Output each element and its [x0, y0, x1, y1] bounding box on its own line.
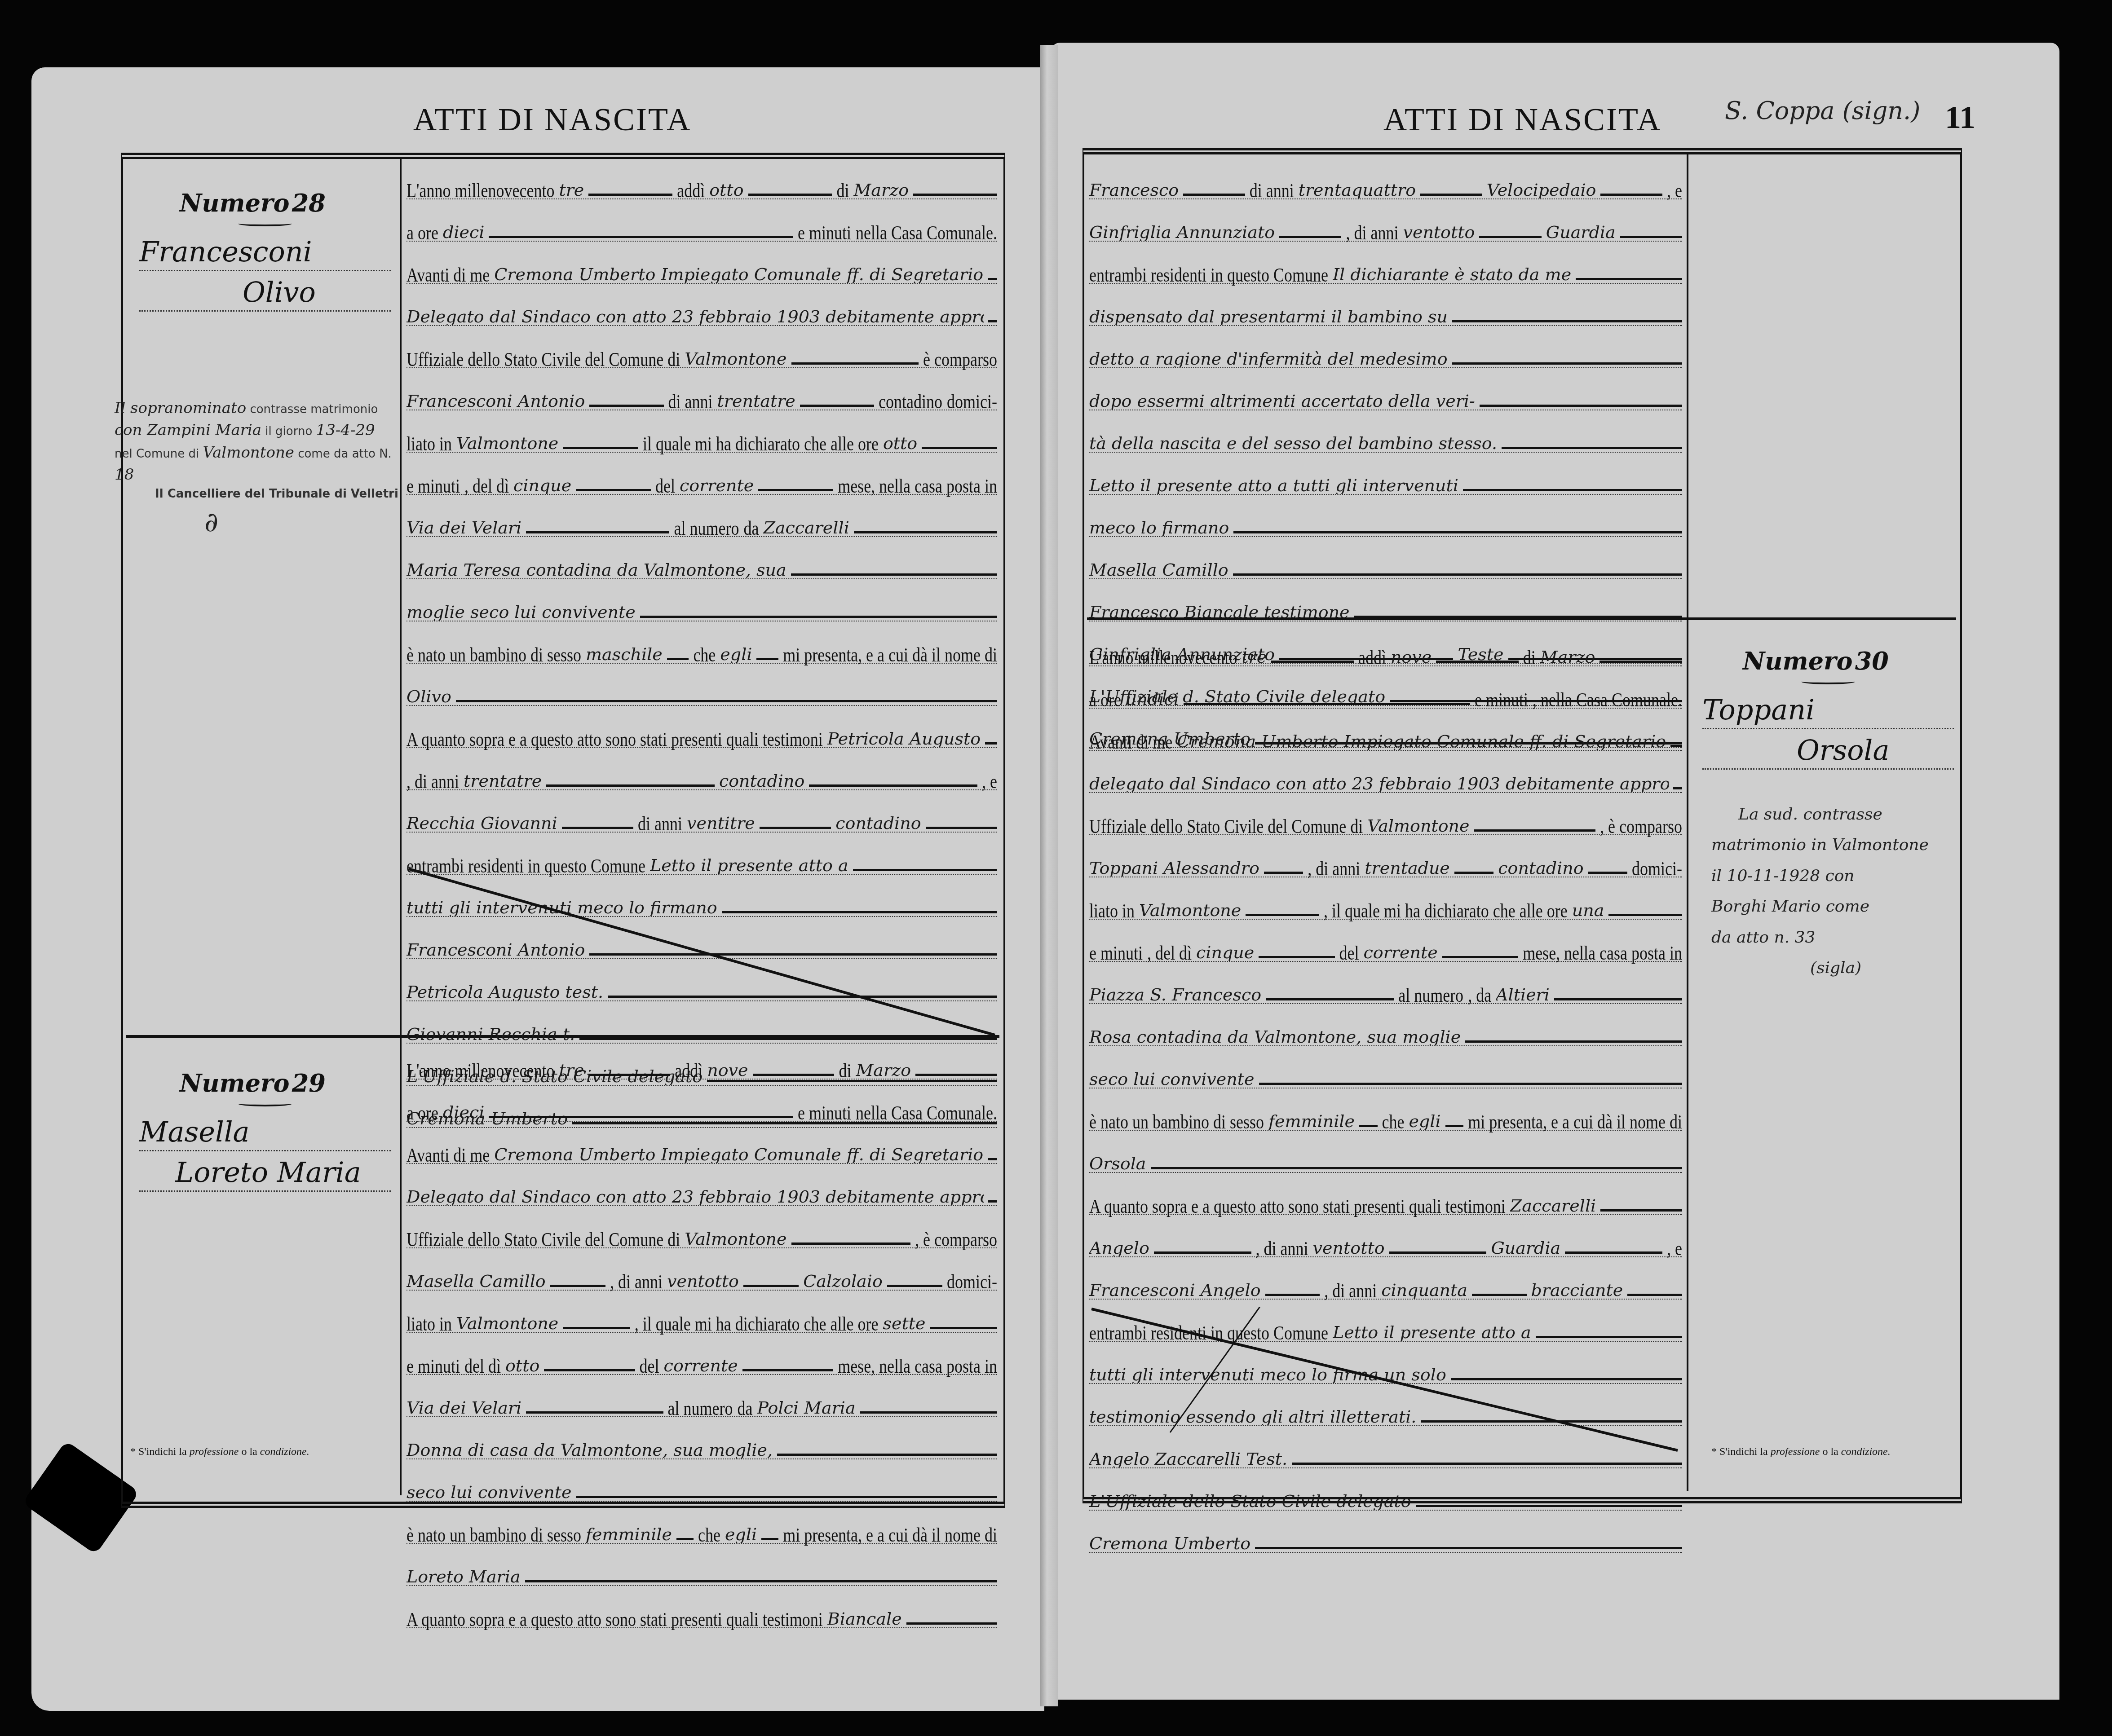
- filler-line: [791, 573, 997, 576]
- handwritten-entry: Valmontone: [1139, 902, 1241, 919]
- footnote-text: professione: [190, 1446, 239, 1458]
- stamp-text: come da atto N.: [298, 447, 392, 461]
- printed-form-text: , e: [982, 771, 997, 792]
- filler-line: [1452, 362, 1682, 365]
- record-line: entrambi residenti in questo ComuneIl di…: [1089, 242, 1682, 284]
- filler-line: [1436, 661, 1519, 663]
- filler-line: [1233, 573, 1682, 576]
- handwritten-entry: contadino: [835, 815, 921, 832]
- handwritten-entry: corrente: [1364, 944, 1438, 961]
- record-line: Rosa contadina da Valmontone, sua moglie: [1089, 1004, 1682, 1046]
- printed-form-text: e minuti: [406, 476, 460, 496]
- filler-line: [988, 278, 997, 280]
- filler-line: [1416, 1505, 1682, 1507]
- right-page-title: ATTI DI NASCITA: [1383, 101, 1661, 138]
- filler-line: [1673, 787, 1682, 789]
- printed-form-text: mese, nella casa posta in: [838, 1356, 997, 1376]
- record-line: Uffiziale dello Stato Civile del Comune …: [406, 326, 997, 368]
- printed-form-text: Uffiziale dello Stato Civile del Comune …: [1089, 816, 1363, 837]
- filler-line: [1151, 1167, 1682, 1169]
- filler-line: [576, 1496, 997, 1498]
- handwritten-entry: Piazza S. Francesco: [1089, 986, 1261, 1003]
- printed-form-text: che: [693, 645, 716, 665]
- filler-line: [1359, 1125, 1378, 1127]
- record-line: liato inValmontone, il quale mi ha dichi…: [406, 1291, 997, 1333]
- handwritten-entry: Orsola: [1089, 1155, 1146, 1172]
- filler-line: [1420, 194, 1482, 196]
- left-page-title: ATTI DI NASCITA: [413, 101, 691, 138]
- filler-line: [1354, 616, 1682, 618]
- margin-record-30: Numero 30 Toppani Orsola: [1702, 647, 1954, 770]
- handwritten-entry: seco lui convivente: [406, 1484, 572, 1501]
- record-line: è nato un bambino di sessofemminilecheeg…: [406, 1502, 997, 1544]
- filler-line: [777, 1454, 997, 1456]
- handwritten-entry: Donna di casa da Valmontone, sua moglie,: [406, 1441, 773, 1458]
- marriage-place: Valmontone: [203, 444, 294, 462]
- footnote-text: o la: [241, 1446, 257, 1458]
- handwritten-entry: cinquanta: [1381, 1282, 1467, 1299]
- record-line: Donna di casa da Valmontone, sua moglie,: [406, 1417, 997, 1459]
- record-line: Toppani Alessandro, di annitrentaduecont…: [1089, 835, 1682, 877]
- decorative-swash: [238, 221, 292, 226]
- filler-line: [1279, 236, 1341, 238]
- printed-form-text: a ore: [406, 1103, 438, 1123]
- margin-record-29: Numero 29 Masella Loreto Maria: [139, 1069, 391, 1192]
- filler-line: [526, 531, 669, 533]
- record-line: delegato dal Sindaco con atto 23 febbrai…: [1089, 751, 1682, 793]
- filler-line: [760, 827, 831, 829]
- filler-line: [1576, 278, 1682, 280]
- filler-line: [1184, 703, 1470, 705]
- handwritten-entry: Marzo: [856, 1062, 911, 1079]
- printed-form-text: mi presenta, e a cui dà il nome di: [1468, 1112, 1682, 1132]
- book-spine: [1040, 45, 1058, 1706]
- filler-line: [563, 447, 638, 449]
- printed-form-text: domici-: [1632, 859, 1682, 879]
- filler-line: [1183, 194, 1245, 196]
- printed-form-text: e minuti: [798, 1103, 851, 1123]
- printed-form-text: al numero: [668, 1398, 733, 1419]
- printed-form-text: , e: [1667, 181, 1682, 201]
- record-line: seco lui convivente: [406, 1459, 997, 1502]
- printed-form-text: , il quale mi ha dichiarato che alle ore: [635, 1314, 879, 1334]
- filler-line: [1259, 956, 1334, 958]
- handwritten-entry: Masella Camillo: [1089, 561, 1228, 578]
- handwritten-entry: Recchia Giovanni: [406, 815, 557, 832]
- handwritten-entry: Valmontone: [1367, 817, 1469, 834]
- handwritten-entry: maschile: [586, 646, 663, 663]
- handwritten-entry: Valmontone: [685, 1230, 786, 1247]
- marriage-act-number: 18: [115, 466, 134, 484]
- filler-line: [1442, 956, 1518, 958]
- handwritten-entry: detto a ragione d'infermità del medesimo: [1089, 350, 1448, 367]
- handwritten-entry: ventotto: [1403, 224, 1475, 241]
- filler-line: [546, 784, 715, 787]
- annotation-line: il 10-11-1928 con: [1711, 861, 1945, 891]
- record-line: Masella Camillo: [1089, 537, 1682, 579]
- record-line: Delegato dal Sindaco con atto 23 febbrai…: [406, 1164, 997, 1206]
- filler-line: [1271, 661, 1354, 663]
- filler-line: [589, 405, 663, 407]
- filler-line: [758, 489, 833, 491]
- filler-line: [1627, 1294, 1682, 1296]
- printed-form-text: Avanti di me: [1089, 732, 1172, 752]
- handwritten-entry: Zaccarelli: [1510, 1197, 1596, 1214]
- filler-line: [922, 447, 997, 449]
- printed-form-text: L'anno millenovecento: [1089, 648, 1237, 668]
- printed-form-text: il quale mi ha dichiarato che alle ore: [643, 434, 879, 454]
- filler-line: [791, 362, 919, 365]
- handwritten-entry: egli: [1409, 1113, 1441, 1130]
- record-line: , di annitrentatrecontadino, e: [406, 748, 997, 790]
- filler-line: [667, 658, 689, 660]
- printed-form-text: è nato un bambino di sesso: [406, 1525, 581, 1545]
- printed-form-text: nella Casa Comunale.: [856, 1103, 997, 1123]
- handwritten-entry: ventotto: [1313, 1239, 1385, 1256]
- filler-line: [761, 1538, 778, 1540]
- filler-line: [742, 1369, 833, 1371]
- printed-form-text: al numero: [1398, 985, 1463, 1005]
- handwritten-entry: Petricola Augusto: [827, 730, 981, 747]
- filler-line: [489, 236, 793, 238]
- record-line: L'anno millenovecentotreaddìottodiMarzo: [406, 157, 997, 199]
- child-given-name: Loreto Maria: [139, 1156, 391, 1192]
- record-line: Uffiziale dello Stato Civile del Comune …: [406, 1206, 997, 1248]
- printed-form-text: è comparso: [923, 349, 997, 370]
- handwritten-entry: Letto il presente atto a tutti gli inter…: [1089, 477, 1458, 494]
- filler-line: [1452, 320, 1682, 322]
- handwritten-entry: Olivo: [406, 688, 451, 705]
- record-line: Orsola: [1089, 1131, 1682, 1173]
- child-surname: Masella: [139, 1115, 391, 1151]
- record-line: è nato un bambino di sessofemminilecheeg…: [1089, 1088, 1682, 1131]
- child-surname: Toppani: [1702, 693, 1954, 729]
- printed-form-text: a ore: [406, 223, 438, 243]
- printed-form-text: da: [743, 518, 759, 538]
- handwritten-entry: tre: [559, 1062, 584, 1079]
- marriage-annotation-note: La sud. contrassematrimonio in Valmonton…: [1711, 799, 1945, 983]
- filler-line: [1246, 914, 1319, 916]
- annotation-line: Borghi Mario come: [1711, 891, 1945, 922]
- printed-form-text: liato in: [406, 434, 452, 454]
- printed-form-text: del: [655, 476, 675, 496]
- filler-line: [1255, 1547, 1682, 1549]
- handwritten-entry: dispensato dal presentarmi il bambino su: [1089, 308, 1448, 325]
- record-line: Angelo, di anniventottoGuardia, e: [1089, 1215, 1682, 1257]
- record-line: meco lo firmano: [1089, 495, 1682, 537]
- handwritten-entry: Calzolaio: [803, 1273, 883, 1290]
- footnote-text: condizione.: [260, 1446, 309, 1458]
- record-line: e minuti, del dìcinquedelcorrentemese, n…: [406, 453, 997, 495]
- record-line: Avanti di meCremona Umberto Impiegato Co…: [406, 242, 997, 284]
- filler-line: [1259, 1083, 1682, 1085]
- filler-line: [1479, 236, 1541, 238]
- filler-line: [1502, 447, 1682, 449]
- printed-form-text: mese, nella casa posta in: [838, 476, 997, 496]
- filler-line: [1465, 1040, 1682, 1043]
- printed-form-text: , di anni: [610, 1272, 663, 1292]
- handwritten-entry: femminile: [586, 1526, 672, 1543]
- printed-form-text: , di anni: [1256, 1238, 1308, 1259]
- page-number: 11: [1945, 99, 1975, 136]
- printed-form-text: A quanto sopra e a questo atto sono stat…: [406, 1609, 823, 1630]
- filler-line: [562, 827, 633, 829]
- stamp-text: il giorno: [265, 425, 312, 438]
- footnote-text: professione: [1771, 1446, 1820, 1458]
- filler-line: [1620, 236, 1682, 238]
- handwritten-entry: delegato dal Sindaco con atto 23 febbrai…: [1089, 775, 1669, 792]
- printed-form-text: , da: [1468, 985, 1491, 1005]
- handwritten-entry: otto: [709, 181, 743, 198]
- handwritten-entry: Cremona Umberto: [1089, 1535, 1250, 1552]
- handwritten-entry: Marzo: [1540, 648, 1595, 665]
- handwritten-entry: Angelo: [1089, 1239, 1149, 1256]
- handwritten-entry: Marzo: [853, 181, 909, 198]
- record-line: Cremona Umberto: [1089, 1511, 1682, 1553]
- stamp-handwritten: Il sopranominato: [115, 399, 246, 417]
- filler-line: [809, 784, 977, 787]
- printed-form-text: e minuti: [1089, 943, 1143, 963]
- footnote-text: o la: [1822, 1446, 1838, 1458]
- printed-form-text: addì: [1358, 648, 1386, 668]
- printed-form-text: addì: [675, 1061, 703, 1081]
- filler-line: [588, 194, 672, 196]
- printed-form-text: , di anni: [1346, 223, 1398, 243]
- handwritten-entry: Via dei Velari: [406, 519, 521, 536]
- footnote-text: condizione.: [1841, 1446, 1891, 1458]
- filler-line: [526, 1411, 663, 1414]
- printed-form-text: contadino: [879, 392, 942, 412]
- filler-line: [1600, 1209, 1682, 1212]
- record-line: Loreto Maria: [406, 1544, 997, 1586]
- handwritten-entry: undici: [1126, 691, 1179, 708]
- handwritten-entry: Maria Teresa contadina da Valmontone, su…: [406, 561, 786, 578]
- filler-line: [1472, 1294, 1527, 1296]
- handwritten-entry: meco lo firmano: [1089, 519, 1229, 536]
- handwritten-entry: moglie seco lui convivente: [406, 604, 636, 621]
- handwritten-entry: una: [1572, 902, 1604, 919]
- record-line: Maria Teresa contadina da Valmontone, su…: [406, 537, 997, 579]
- printed-form-text: del: [640, 1356, 659, 1376]
- record-line: Via dei Velarial numerodaZaccarelli: [406, 495, 997, 537]
- printed-form-text: A quanto sopra e a questo atto sono stat…: [1089, 1196, 1506, 1216]
- handwritten-entry: Valmontone: [456, 1315, 558, 1332]
- handwritten-entry: egli: [720, 646, 752, 663]
- printed-form-text: di: [1523, 648, 1536, 668]
- record-number: 29: [292, 1069, 326, 1097]
- record-line: Olivo: [406, 664, 997, 706]
- clerk-initial: ∂: [115, 503, 402, 542]
- record-line: A quanto sopra e a questo atto sono stat…: [406, 1586, 997, 1628]
- filler-line: [988, 1158, 997, 1160]
- printed-form-text: di: [836, 181, 849, 201]
- record-line: liato inValmontone, il quale mi ha dichi…: [1089, 877, 1682, 920]
- printed-form-text: è nato un bambino di sesso: [1089, 1112, 1264, 1132]
- filler-line: [1474, 829, 1596, 832]
- record-line: Francesconi Antoniodi annitrentatreconta…: [406, 368, 997, 410]
- record-line: A quanto sopra e a questo atto sono stat…: [1089, 1173, 1682, 1215]
- printed-form-text: che: [1382, 1112, 1405, 1132]
- filler-line: [544, 1369, 635, 1371]
- printed-form-text: Avanti di me: [406, 265, 490, 285]
- handwritten-entry: corrente: [664, 1357, 738, 1374]
- handwritten-entry: Guardia: [1491, 1239, 1560, 1256]
- printed-form-text: e minuti: [798, 223, 851, 243]
- filler-line: [1233, 531, 1682, 533]
- handwritten-entry: tre: [559, 181, 584, 198]
- record-line: Uffiziale dello Stato Civile del Comune …: [1089, 793, 1682, 835]
- blank-area-crossout: [406, 867, 997, 1037]
- handwritten-entry: Altieri: [1496, 986, 1550, 1003]
- stamp-text: contrasse matrimonio: [250, 403, 378, 416]
- margin-record-28: Numero 28 Francesconi Olivo: [139, 189, 391, 312]
- printed-form-text: , è comparso: [1600, 816, 1682, 837]
- marriage-date: 13-4-29: [316, 421, 375, 439]
- filler-line: [1265, 1294, 1320, 1296]
- handwritten-entry: cinque: [513, 477, 571, 494]
- marriage-annotation-stamp: Il sopranominato contrasse matrimonio co…: [115, 397, 402, 542]
- record-line: Avanti di meCremona Umberto Impiegato Co…: [1089, 709, 1682, 751]
- handwritten-entry: bracciante: [1531, 1282, 1623, 1299]
- printed-form-text: , il quale mi ha dichiarato che alle ore: [1324, 901, 1568, 921]
- handwritten-entry: contadino: [719, 772, 804, 789]
- printed-form-text: al numero: [674, 518, 739, 538]
- filler-line: [756, 658, 778, 660]
- printed-form-text: di: [839, 1061, 851, 1081]
- printed-form-text: Uffiziale dello Stato Civile del Comune …: [406, 1229, 680, 1250]
- record-line: dopo essermi altrimenti accertato della …: [1089, 368, 1682, 410]
- printed-form-text: , è comparso: [915, 1229, 997, 1250]
- printed-form-text: L'anno millenovecento: [406, 1061, 554, 1081]
- annotation-line: da atto n. 33: [1711, 922, 1945, 953]
- printed-form-text: liato in: [406, 1314, 452, 1334]
- filler-line: [854, 531, 997, 533]
- filler-line: [588, 1074, 670, 1076]
- footnote-text: * S'indichi la: [130, 1446, 187, 1458]
- record-line: Letto il presente atto a tutti gli inter…: [1089, 453, 1682, 495]
- printed-form-text: domici-: [947, 392, 997, 412]
- handwritten-entry: Toppani Alessandro: [1089, 859, 1259, 877]
- handwritten-entry: Francesconi Angelo: [1089, 1282, 1261, 1299]
- handwritten-entry: nove: [1391, 648, 1432, 665]
- handwritten-entry: Il dichiarante è stato da me: [1333, 266, 1571, 283]
- filler-line: [1608, 914, 1682, 916]
- handwritten-entry: trentatre: [717, 392, 795, 410]
- handwritten-entry: corrente: [680, 477, 754, 494]
- filler-line: [1292, 1463, 1682, 1465]
- record-line: Francesconi Angelo, di annicinquantabrac…: [1089, 1257, 1682, 1300]
- printed-form-text: entrambi residenti in questo Comune: [1089, 265, 1328, 285]
- filler-line: [1264, 872, 1303, 874]
- handwritten-entry: egli: [725, 1526, 757, 1543]
- record-line: detto a ragione d'infermità del medesimo: [1089, 326, 1682, 368]
- handwritten-entry: Velocipedaio: [1487, 181, 1596, 198]
- handwritten-entry: ventitre: [687, 815, 755, 832]
- record-line: a orediecie minutinella Casa Comunale.: [406, 1079, 997, 1122]
- handwritten-entry: dopo essermi altrimenti accertato della …: [1089, 392, 1475, 410]
- handwritten-entry: Loreto Maria: [406, 1568, 521, 1585]
- printed-form-text: e minuti: [1475, 690, 1528, 710]
- printed-form-text: , di anni: [1324, 1281, 1377, 1301]
- printed-form-text: del: [1339, 943, 1359, 963]
- annotation-line: La sud. contrasse: [1711, 799, 1945, 830]
- record-line: L'anno millenovecentotreaddìnovediMarzo: [1089, 624, 1682, 666]
- handwritten-entry: Guardia: [1546, 224, 1616, 241]
- filler-line: [1389, 1251, 1487, 1254]
- printed-form-text: mese, nella casa posta in: [1523, 943, 1682, 963]
- handwritten-entry: trentaquattro: [1299, 181, 1416, 198]
- left-column-divider: [400, 157, 402, 1495]
- handwritten-entry: dieci: [443, 224, 484, 241]
- stamp-text: Il Cancelliere del Tribunale di Velletri: [115, 486, 402, 503]
- filler-line: [1554, 998, 1682, 1000]
- footnote-text: * S'indichi la: [1711, 1446, 1768, 1458]
- printed-form-text: , nella Casa Comunale.: [1533, 690, 1682, 710]
- filler-line: [913, 194, 997, 196]
- filler-line: [1154, 1251, 1251, 1254]
- handwritten-entry: sette: [883, 1315, 926, 1332]
- handwritten-entry: Via dei Velari: [406, 1399, 521, 1416]
- handwritten-entry: Biancale: [827, 1610, 902, 1627]
- printed-form-text: del dì: [464, 1356, 501, 1376]
- right-column-divider: [1687, 153, 1688, 1491]
- handwritten-entry: Cremona Umberto Impiegato Comunale ff. d…: [494, 266, 983, 283]
- printed-form-text: è nato un bambino di sesso: [406, 645, 581, 665]
- filler-line: [1599, 661, 1682, 663]
- handwritten-entry: Zaccarelli: [763, 519, 849, 536]
- page-header-signature: S. Coppa (sign.): [1725, 97, 1920, 125]
- filler-line: [1565, 1251, 1662, 1254]
- filler-line: [800, 405, 874, 407]
- filler-line: [887, 1285, 942, 1287]
- record-line: Francescodi annitrentaquattroVelocipedai…: [1089, 157, 1682, 199]
- filler-line: [456, 700, 997, 702]
- handwritten-entry: femminile: [1268, 1113, 1355, 1130]
- child-given-name: Orsola: [1702, 734, 1954, 770]
- printed-form-text: , e: [1667, 1238, 1682, 1259]
- printed-form-text: domici-: [947, 1272, 997, 1292]
- record-number: 28: [292, 189, 326, 217]
- filler-line: [930, 1327, 997, 1329]
- stamp-text: nel Comune di: [115, 447, 199, 461]
- printed-form-text: addì: [677, 181, 705, 201]
- record-line: a orediecie minutinella Casa Comunale.: [406, 199, 997, 242]
- record-line: A quanto sopra e a questo atto sono stat…: [406, 706, 997, 748]
- annotation-line: matrimonio in Valmontone: [1711, 830, 1945, 860]
- record-line: seco lui convivente: [1089, 1046, 1682, 1088]
- filler-line: [1588, 872, 1627, 874]
- record-line: Francesco Biancale testimone: [1089, 579, 1682, 621]
- filler-line: [1445, 1125, 1464, 1127]
- filler-line: [550, 1285, 605, 1287]
- handwritten-entry: trentadue: [1365, 859, 1450, 877]
- blank-area-crossout: [1089, 1307, 1682, 1455]
- filler-line: [985, 742, 997, 745]
- handwritten-entry: contadino: [1498, 859, 1583, 877]
- printed-form-text: e minuti: [406, 1356, 460, 1376]
- record-line: Masella Camillo, di anniventottoCalzolai…: [406, 1248, 997, 1291]
- handwritten-entry: dieci: [443, 1104, 484, 1121]
- child-given-name: Olivo: [139, 276, 391, 312]
- filler-line: [988, 320, 997, 322]
- printed-form-text: liato in: [1089, 901, 1135, 921]
- handwritten-entry: Francesco: [1089, 181, 1179, 198]
- handwritten-entry: L'Uffiziale dello Stato Civile delegato: [1089, 1493, 1411, 1510]
- handwritten-entry: seco lui convivente: [1089, 1071, 1255, 1088]
- filler-line: [1600, 194, 1662, 196]
- filler-line: [489, 1116, 793, 1118]
- numero-label: Numero: [180, 189, 290, 217]
